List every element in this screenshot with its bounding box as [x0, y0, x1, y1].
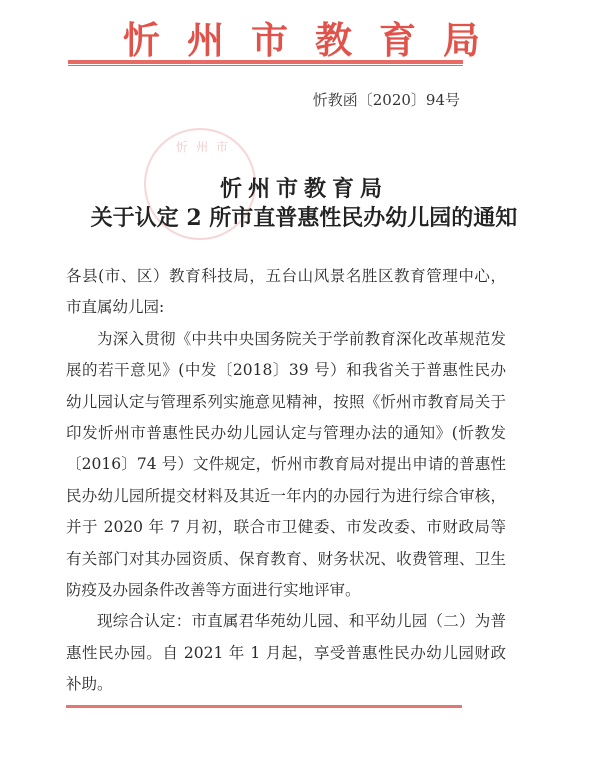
- salutation: 各县(市、区）教育科技局，五台山风景名胜区教育管理中心，市直属幼儿园:: [66, 261, 506, 324]
- document-number: 忻教函〔2020〕94号: [313, 89, 460, 110]
- footer-rule: [66, 705, 462, 708]
- paragraph-decision: 现综合认定：市直属君华苑幼儿园、和平幼儿园（二）为普惠性民办园。自 2021 年…: [66, 606, 506, 700]
- notice-issuer-title: 忻州市教育局: [0, 172, 608, 203]
- masthead-title: 忻州市教育局: [0, 10, 608, 64]
- notice-body: 各县(市、区）教育科技局，五台山风景名胜区教育管理中心，市直属幼儿园: 为深入贯…: [66, 261, 506, 701]
- header-rule-thick: [68, 60, 463, 64]
- seal-text: 忻州市: [176, 138, 236, 155]
- header-rule-thin: [68, 65, 463, 66]
- paragraph-background: 为深入贯彻《中共中央国务院关于学前教育深化改革规范发展的若干意见》(中发〔201…: [66, 324, 506, 607]
- notice-subject-title: 关于认定 2 所市直普惠性民办幼儿园的通知: [0, 201, 608, 232]
